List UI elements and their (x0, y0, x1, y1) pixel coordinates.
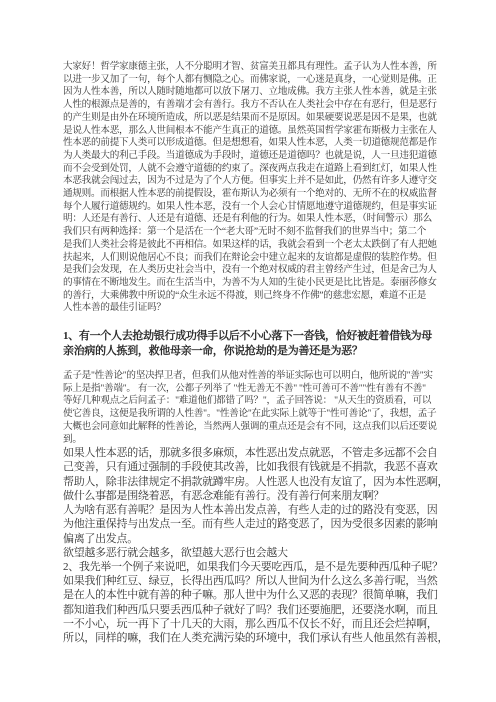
text-line: 通规则。而根据人性本恶的前提假设，霍布斯认为必须有一个绝对的、无所不在的权威监督 (63, 188, 442, 201)
text-line: 偏离了出发点。 (63, 532, 442, 546)
paragraph-opening-statement: 大家好！哲学家康德主张，人不分聪明才智、贫富美丑都具有理性。孟子认为人性本善，所… (63, 61, 442, 315)
text-line: 明：人还是有善行、人还是有道德、还是有利他的行为。如果人性本恶，（时间警示）那么 (63, 213, 442, 226)
text-line: 的事情在不断地发生。而在生活当中，为善不为人知的生徒小民更是比比皆是。泰丽莎修女 (63, 277, 442, 290)
text-line: 人性本善的最佳引证吗？ (63, 302, 442, 315)
text-line: 己变善，只有通过强制的手段使其改善，比如我很有钱就是不捐款，我恶不喜欢 (63, 460, 442, 474)
document-page: 大家好！哲学家康德主张，人不分聪明才智、贫富美丑都具有理性。孟子认为人性本善，所… (0, 0, 496, 702)
text-line: 为人类最大的利己手段。当道德成为手段时，道德还是道德吗？也就是说，人一旦违犯道德 (63, 150, 442, 163)
text-line: 等好几种观点之后问孟子："难道他们都错了吗？"，孟子回答说： "从天生的资质看，… (63, 395, 442, 408)
text-line: 都知道我们种西瓜只要丢西瓜种子就好了吗？我们还要施肥，还要浇水啊，而且 (63, 603, 442, 617)
paragraph-watermelon-example: 2、我先举一个例子来说吧，如果我们今天要吃西瓜，是不是先要种西瓜种子呢？如果我们… (63, 560, 442, 645)
text-line: 1、有一个人去抢劫银行成功得手以后不小心落下一沓钱，恰好被赶着借钱为母 (63, 329, 442, 344)
text-line: 欲望越多恶行就会越多，欲望越大恶行也会越大 (63, 546, 442, 560)
text-content: 大家好！哲学家康德主张，人不分聪明才智、贫富美丑都具有理性。孟子认为人性本善，所… (63, 61, 442, 645)
paragraph-desire-line: 欲望越多恶行就会越多，欲望越大恶行也会越大 (63, 546, 442, 560)
text-line: 而不会受到处罚，人就不会遵守道德的约束了。深夜两点我走在道路上看到红灯，如果人性 (63, 163, 442, 176)
text-line: 孟子是"性善论"的坚决捍卫者，但我们从他对性善的举证实际也可以明白，他所说的"善… (63, 370, 442, 383)
text-line: 的产生则是由外在环境所造成，所以恶是结果而不是原因。如果硬要说恶是因不是果，也就 (63, 112, 442, 125)
text-line: 做什么事都是围绕着恶，有恶念难能有善行。没有善行何来朋友啊？ (63, 489, 442, 503)
text-line: 因为人性本善，所以人随时随地都可以放下屠刀、立地成佛。我方主张人性本善，就是主张 (63, 86, 442, 99)
paragraph-evil-nature-argument: 如果人性本恶的话，那就多很多麻烦，本性恶出发点就恶，不管走多远都不会自己变善，只… (63, 446, 442, 503)
text-line: 扶起来，人们则说他居心不良；而我们在辩论会中建立起来的友谊都是虚假的装腔作势。但 (63, 252, 442, 265)
text-line: 我们只有两种选择：第一个是活在一个“老大哥”无时不刻不监督我们的世界当中；第二个 (63, 226, 442, 239)
text-line: 是我们会发现，在人类历史社会当中，没有一个绝对权威的君主曾经产生过，但是舍己为人 (63, 264, 442, 277)
text-line: 2、我先举一个例子来说吧，如果我们今天要吃西瓜，是不是先要种西瓜种子呢？ (63, 560, 442, 574)
text-line: 大概也会同意如此解释的性善论，当然两人强调的重点还是会有不同，这点我们以后还要说 (63, 421, 442, 434)
text-line: 一不小心，玩一再下了十几天的大雨，那么西瓜不仅长不好，而且还会烂掉啊， (63, 617, 442, 631)
text-line: 为他注重保持与出发点一至。而有些人走过的路变恶了，因为受很多因素的影响 (63, 517, 442, 531)
text-line: 使它善良，这便是我所谓的人性善"。"性善论"在此实际上就等于"性可善论"了，我想… (63, 408, 442, 421)
paragraph-why-good-and-evil: 人为啥有恶有善呢？是因为人性本善出发点善，有些人走的过的路没有变恶，因为他注重保… (63, 503, 442, 546)
text-line: 的善行，大乘佛教中所说的“众生永远不得渡，则己终身不作佛”的慈悲宏愿，难道不正是 (63, 290, 442, 303)
text-line: 亲治病的人拣到，救他母亲一命，你说抢劫的是为善还是为恶？ (63, 344, 442, 359)
text-line: 帮助人，除非法律规定不捐款就蹲牢房。人性恶人也没有友谊了，因为本性恶啊， (63, 475, 442, 489)
text-line: 每个人履行道德规约。如果人性本恶，没有一个人会心甘情愿地遵守道德规约，但是事实证 (63, 201, 442, 214)
text-line: 大家好！哲学家康德主张，人不分聪明才智、贫富美丑都具有理性。孟子认为人性本善，所 (63, 61, 442, 74)
text-line: 如果我们种红豆、绿豆，长得出西瓜吗？所以人世间为什么这么多善行呢，当然 (63, 574, 442, 588)
text-line: 人性的根源点是善的，有善端才会有善行。我方不否认在人类社会中存在有恶行，但是恶行 (63, 99, 442, 112)
text-line: 人为啥有恶有善呢？是因为人性本善出发点善，有些人走的过的路没有变恶，因 (63, 503, 442, 517)
text-line: 到。 (63, 434, 442, 447)
text-line: 是在人的本性中就有善的种子嘛。那人世中为什么又恶的表现？很简单嘛，我们 (63, 588, 442, 602)
text-line: 性本恶的前提下人类可以形成道德。但是想想看，如果人性本恶，人类一切道德规范都是作 (63, 137, 442, 150)
text-line: 是我们人类社会将是彼此不再相信。如果这样的话，我就会看到一个老太太跌倒了有人把她 (63, 239, 442, 252)
text-line: 如果人性本恶的话，那就多很多麻烦，本性恶出发点就恶，不管走多远都不会自 (63, 446, 442, 460)
text-line: 所以，同样的嘛，我们在人类充满污染的环境中，我们承认有些人他虽然有善根， (63, 631, 442, 645)
text-line: 本恶我就会闯过去，因为不过是为了个人方便。但事实上并不是如此，仍然有许多人遵守交 (63, 175, 442, 188)
text-line: 际上是指"善端"。 有一次，公都子列举了 "性无善无不善" "性可善可不善""性… (63, 383, 442, 396)
paragraph-question-1: 1、有一个人去抢劫银行成功得手以后不小心落下一沓钱，恰好被赶着借钱为母亲治病的人… (63, 329, 442, 358)
text-line: 以进一步又加了一句，每个人都有恻隐之心。而佛家说，一心迷是真身，一心觉则是佛。正 (63, 74, 442, 87)
text-line: 是说人性本恶，那么人世间根本不能产生真正的道德。虽然英国哲学家霍布斯极力主张在人 (63, 125, 442, 138)
paragraph-mencius: 孟子是"性善论"的坚决捍卫者，但我们从他对性善的举证实际也可以明白，他所说的"善… (63, 370, 442, 446)
